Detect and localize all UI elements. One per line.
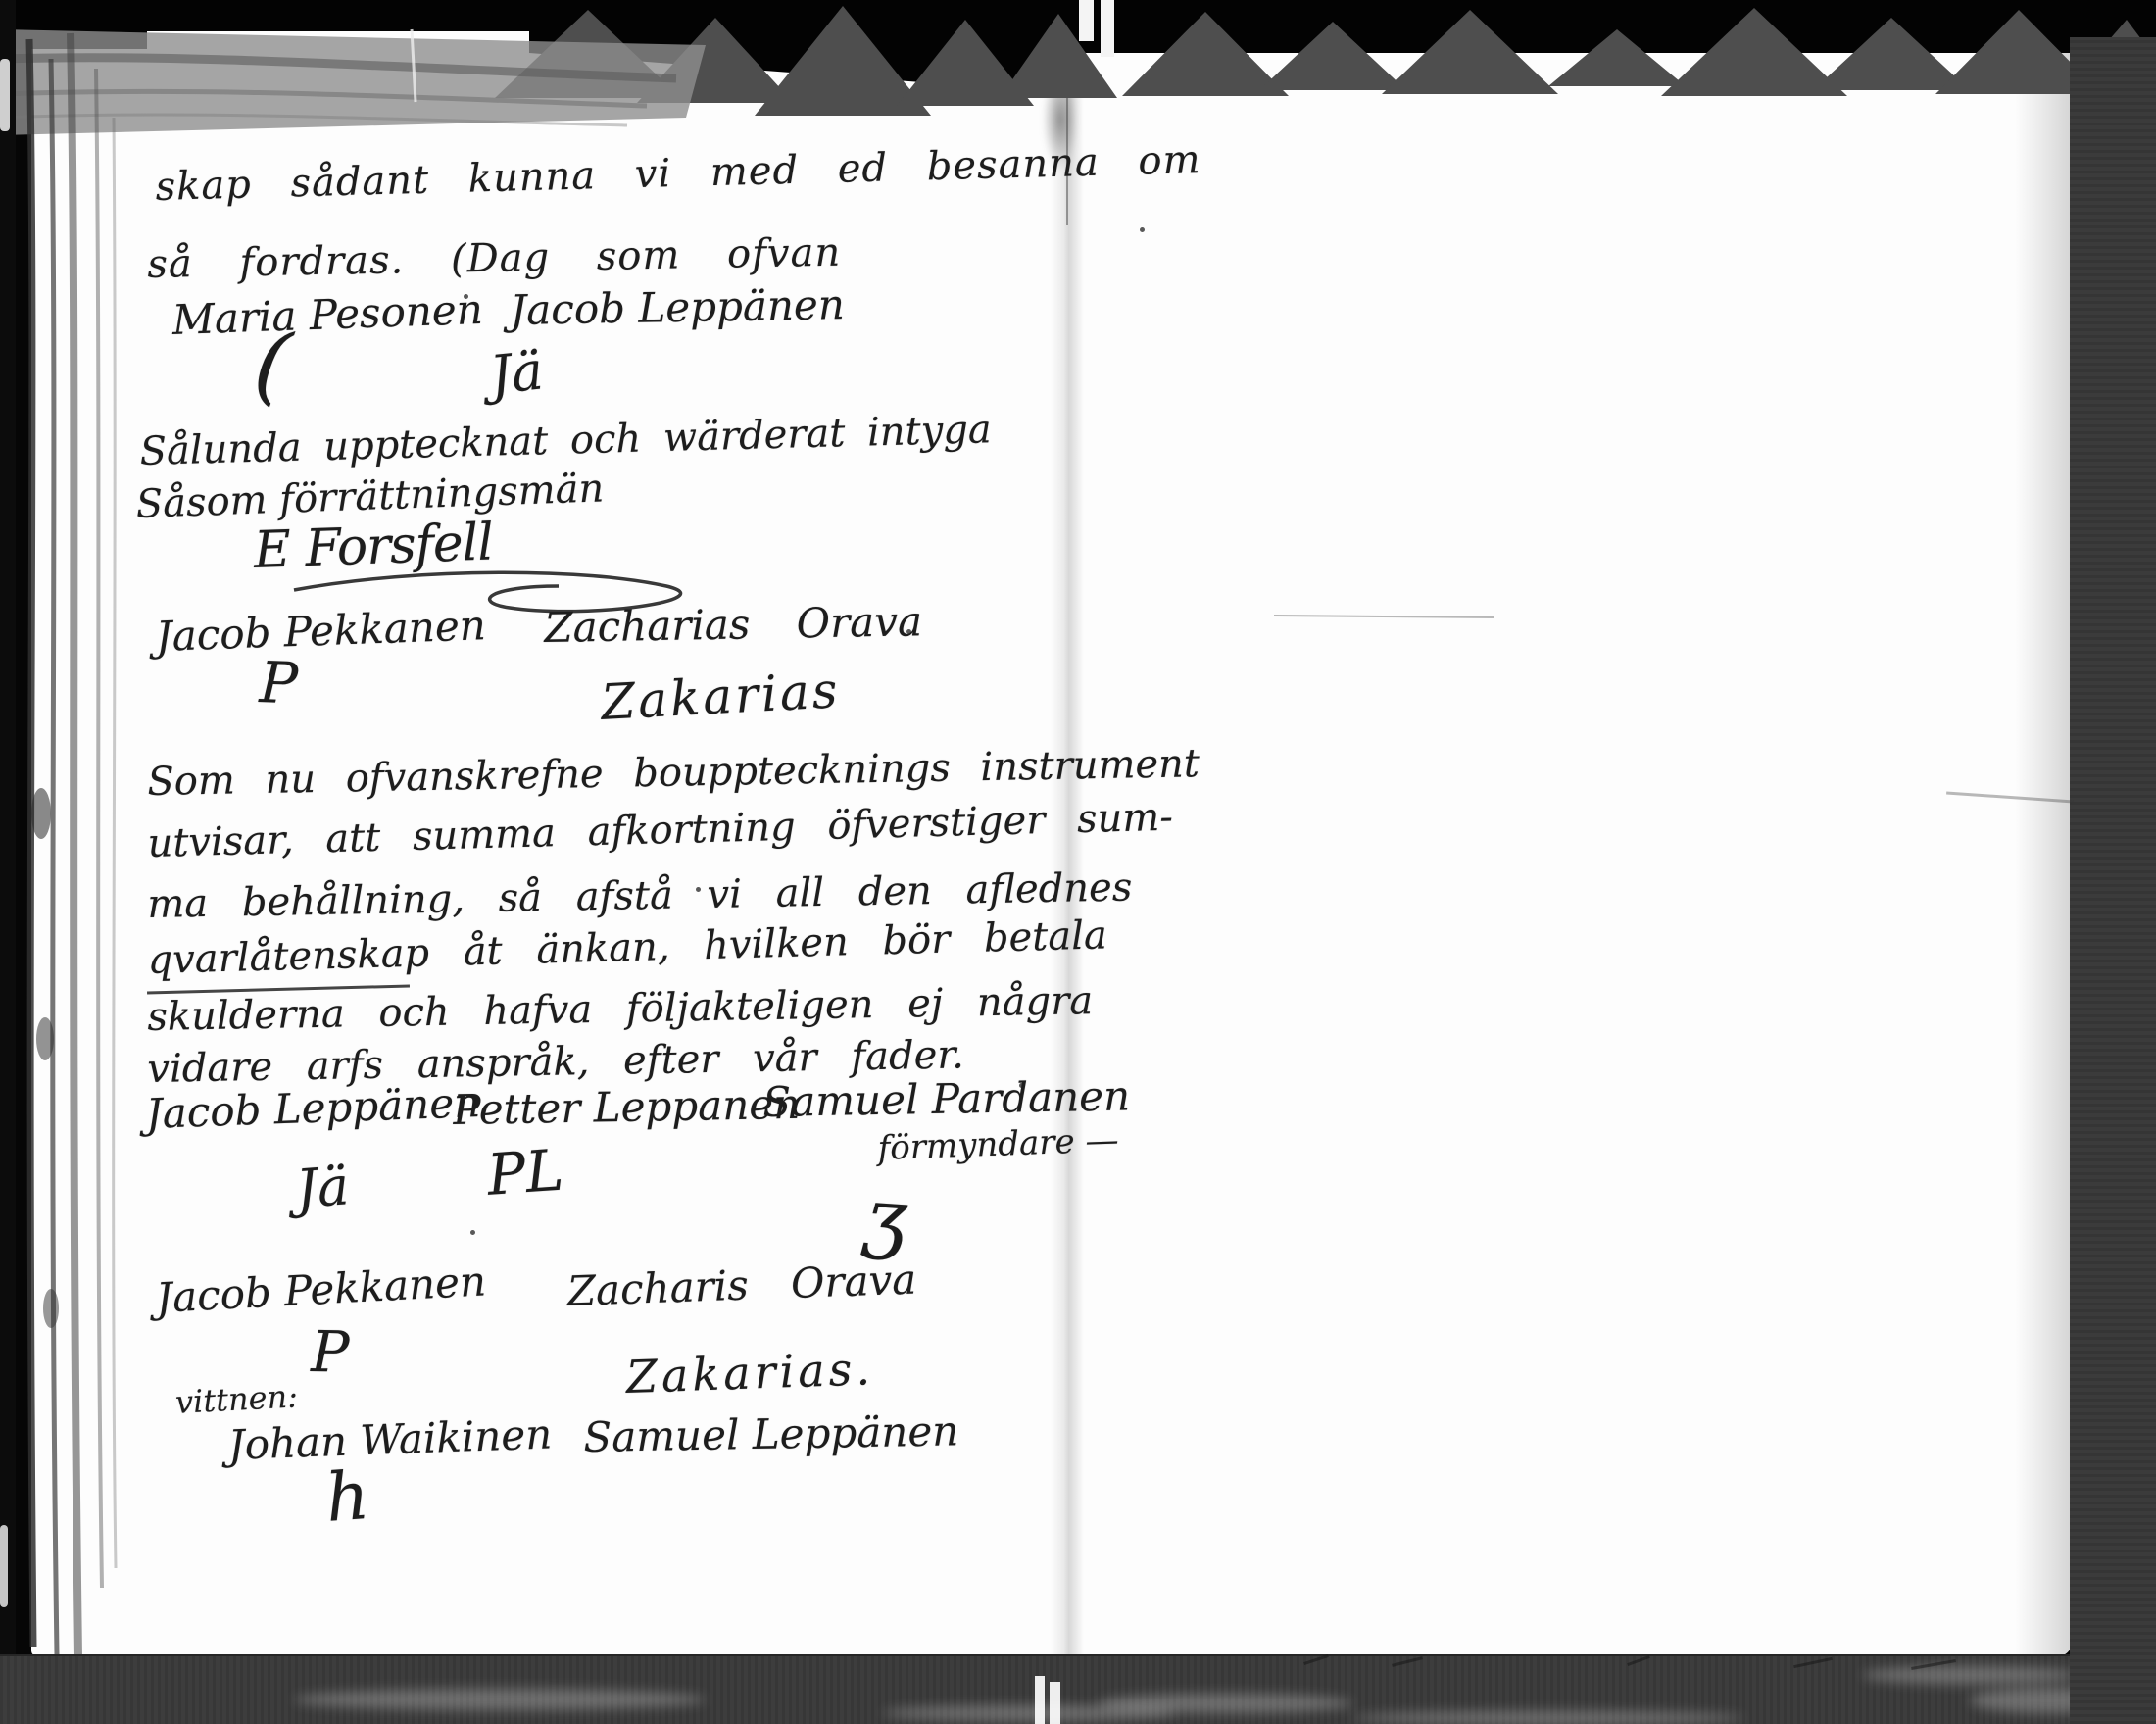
edge-smudge bbox=[1098, 1694, 1352, 1713]
signature-name: Zakarias. bbox=[625, 1342, 875, 1404]
top-torn-edge bbox=[0, 0, 2156, 162]
witness-name: Samuel Leppänen bbox=[583, 1406, 959, 1461]
signer-role: förmyndare — bbox=[877, 1120, 1119, 1168]
ink-speck bbox=[1140, 227, 1145, 232]
edge-smudge bbox=[1352, 1711, 1744, 1724]
left-page-edges bbox=[0, 0, 137, 1724]
bomarke-mark: ʒ bbox=[861, 1172, 910, 1263]
scanned-book-spread: skap sådant kunna vi med ed besanna om s… bbox=[0, 0, 2156, 1724]
edge-smudge bbox=[1862, 1666, 2078, 1684]
edge-smudge bbox=[294, 1689, 706, 1710]
signature-name: Petter Leppanen bbox=[453, 1080, 801, 1134]
bomarke-mark: PL bbox=[485, 1137, 565, 1208]
signature-name: Jacob Leppänen bbox=[510, 280, 845, 334]
bomarke-mark: P bbox=[311, 1318, 350, 1386]
center-fold-shadow bbox=[1051, 29, 1084, 1656]
bomarke-mark: Jä bbox=[294, 1155, 351, 1220]
signature-name: Samuel Pardanen bbox=[762, 1071, 1131, 1126]
bomarke-mark: h bbox=[323, 1457, 371, 1538]
right-scan-edge bbox=[2070, 37, 2156, 1724]
signature-name: Zacharias Orava bbox=[544, 597, 922, 652]
ink-speck bbox=[470, 1230, 475, 1235]
right-page-edge-shading bbox=[2015, 29, 2072, 1656]
witness-label: vittnen: bbox=[174, 1377, 299, 1420]
bomarke-mark: Jä bbox=[487, 339, 546, 406]
bomarke-mark: P bbox=[259, 649, 299, 716]
